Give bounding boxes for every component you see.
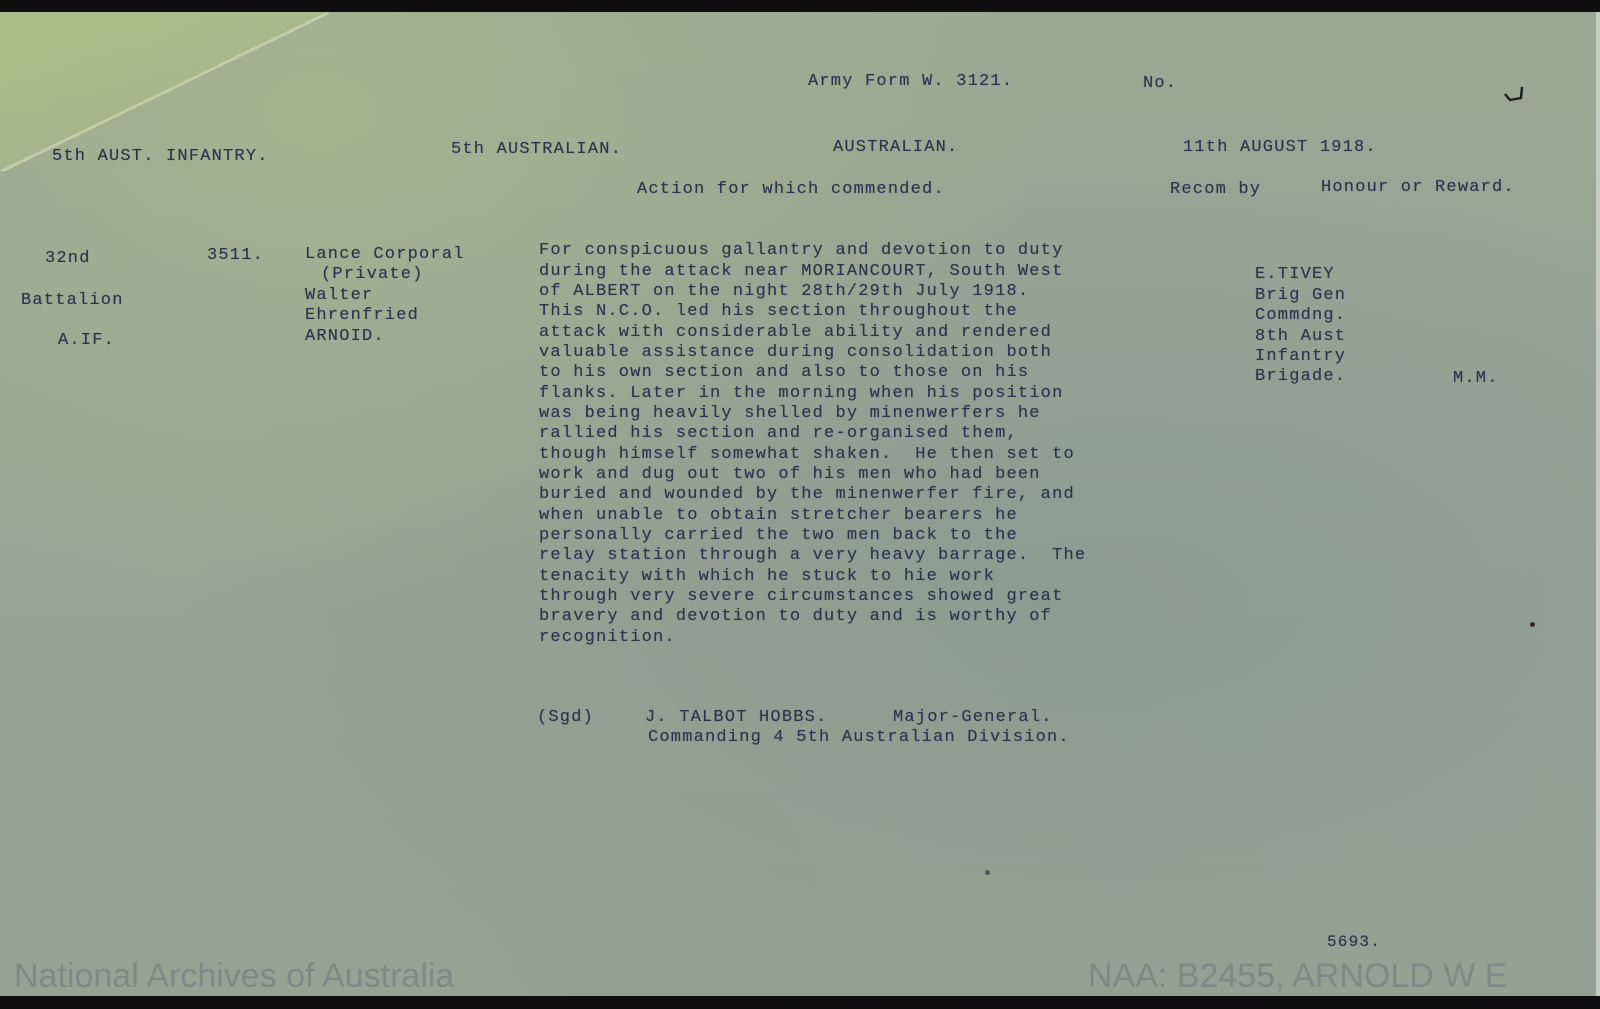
column-header-recom-by: Recom by (1170, 180, 1261, 200)
check-mark-icon (1503, 84, 1525, 104)
form-label: Army Form W. 3121. (808, 72, 1013, 92)
action-line: recognition. (539, 628, 676, 648)
recommended-by-line: Brig Gen (1255, 286, 1346, 306)
watermark-reference: NAA: B2455, ARNOLD W E (1088, 957, 1508, 996)
rank-name-line: ARNOID. (305, 327, 385, 347)
unit-line: 32nd (45, 249, 91, 269)
rank-name-line: Lance Corporal (305, 245, 465, 265)
recommended-by-line: Infantry (1255, 347, 1346, 367)
rank-name-line: (Private) (321, 265, 424, 285)
header-division: 5th AUSTRALIAN. (451, 140, 622, 160)
column-header-action: Action for which commended. (637, 180, 945, 200)
honour-award: M.M. (1453, 369, 1499, 389)
regimental-number: 3511. (207, 246, 264, 266)
recommended-by-line: 8th Aust (1255, 327, 1346, 347)
action-line: work and dug out two of his men who had … (539, 465, 1041, 485)
action-line: bravery and devotion to duty and is wort… (539, 607, 1052, 627)
signature-name: J. TALBOT HOBBS. (645, 708, 827, 728)
action-line: through very severe circumstances showed… (539, 587, 1063, 607)
signature-sgd: (Sgd) (537, 708, 594, 728)
watermark-archive: National Archives of Australia (14, 957, 454, 996)
header-corps: AUSTRALIAN. (833, 138, 958, 158)
action-line: though himself somewhat shaken. He then … (539, 445, 1075, 465)
action-line: of ALBERT on the night 28th/29th July 19… (539, 282, 1029, 302)
action-line: was being heavily shelled by minenwerfer… (539, 404, 1041, 424)
action-line: buried and wounded by the minenwerfer fi… (539, 485, 1075, 505)
action-line: rallied his section and re-organised the… (539, 424, 1018, 444)
header-brigade: 5th AUST. INFANTRY. (52, 147, 269, 167)
header-date: 11th AUGUST 1918. (1183, 138, 1377, 158)
recommended-by-line: Brigade. (1255, 367, 1346, 387)
ink-spot (1530, 622, 1535, 627)
action-line: For conspicuous gallantry and devotion t… (539, 241, 1063, 261)
signature-rank: Major-General. (893, 708, 1053, 728)
action-line: when unable to obtain stretcher bearers … (539, 506, 1018, 526)
ink-spot (985, 870, 990, 875)
rank-name-line: Ehrenfried (305, 306, 419, 326)
action-line: flanks. Later in the morning when his po… (539, 384, 1063, 404)
action-line: to his own section and also to those on … (539, 363, 1029, 383)
recommended-by-line: E.TIVEY (1255, 265, 1335, 285)
action-line: This N.C.O. led his section throughout t… (539, 302, 1018, 322)
action-line: tenacity with which he stuck to hie work (539, 567, 995, 587)
signature-command: Commanding 4 5th Australian Division. (648, 728, 1070, 748)
action-line: personally carried the two men back to t… (539, 526, 1018, 546)
action-line: during the attack near MORIANCOURT, Sout… (539, 262, 1063, 282)
action-line: attack with considerable ability and ren… (539, 323, 1052, 343)
rank-name-line: Walter (305, 286, 373, 306)
page-number: 5693. (1327, 932, 1381, 952)
number-label: No. (1143, 74, 1177, 94)
recommended-by-line: Commdng. (1255, 306, 1346, 326)
unit-line: A.IF. (58, 331, 115, 351)
unit-line: Battalion (21, 291, 124, 311)
action-line: relay station through a very heavy barra… (539, 546, 1086, 566)
column-header-honour: Honour or Reward. (1321, 178, 1515, 198)
action-line: valuable assistance during consolidation… (539, 343, 1052, 363)
